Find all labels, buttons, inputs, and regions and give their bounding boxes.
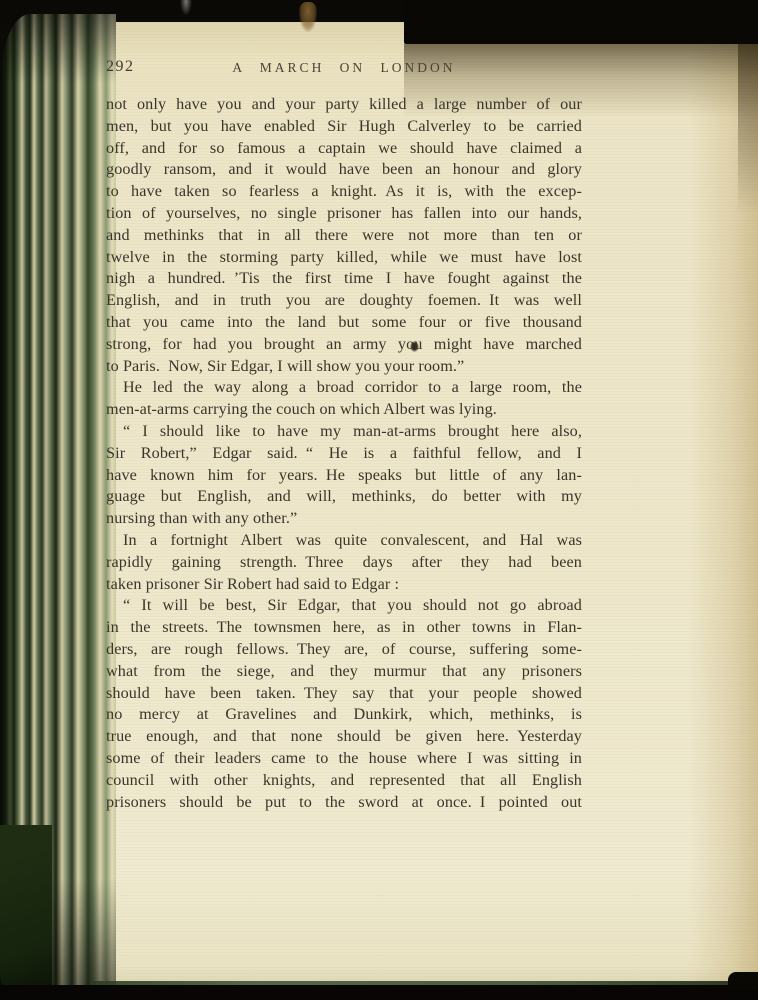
text-line: off, and for so famous a captain we shou… xyxy=(106,138,582,160)
text-line: no mercy at Gravelines and Dunkirk, whic… xyxy=(106,704,582,726)
text-line: goodly ransom, and it would have been an… xyxy=(106,159,582,181)
text-line: tion of yourselves, no single prisoner h… xyxy=(106,203,582,225)
scan-bottom-black-band xyxy=(0,985,758,1000)
text-line: not only have you and your party killed … xyxy=(106,94,582,116)
book-cover-corner xyxy=(0,825,52,1000)
text-line: men, but you have enabled Sir Hugh Calve… xyxy=(106,116,582,138)
text-line: taken prisoner Sir Robert had said to Ed… xyxy=(106,574,582,596)
film-scratch xyxy=(180,0,192,16)
text-line: In a fortnight Albert was quite convales… xyxy=(106,530,582,552)
text-line: should have been taken. They say that yo… xyxy=(106,683,582,705)
text-line: and methinks that in all there were not … xyxy=(106,225,582,247)
text-line: that you came into the land but some fou… xyxy=(106,312,582,334)
scan-bottom-right-notch xyxy=(728,972,758,990)
text-line: some of their leaders came to the house … xyxy=(106,748,582,770)
page-header: 292 A MARCH ON LONDON xyxy=(106,56,582,80)
text-line: “ It will be best, Sir Edgar, that you s… xyxy=(106,595,582,617)
book-scan: 292 A MARCH ON LONDON not only have you … xyxy=(0,0,758,1000)
text-line: nigh a hundred. ’Tis the first time I ha… xyxy=(106,268,582,290)
paragraph: He led the way along a broad corridor to… xyxy=(106,377,582,421)
text-line: have known him for years. He speaks but … xyxy=(106,465,582,487)
text-line: to Paris. Now, Sir Edgar, I will show yo… xyxy=(106,356,582,378)
paragraph: In a fortnight Albert was quite convales… xyxy=(106,530,582,595)
text-line: guage but English, and will, methinks, d… xyxy=(106,486,582,508)
text-line: Sir Robert,” Edgar said. “ He is a faith… xyxy=(106,443,582,465)
text-line: prisoners should be put to the sword at … xyxy=(106,792,582,814)
text-line: He led the way along a broad corridor to… xyxy=(106,377,582,399)
text-line: English, and in truth you are doughty fo… xyxy=(106,290,582,312)
text-line: council with other knights, and represen… xyxy=(106,770,582,792)
text-line: true enough, and that none should be giv… xyxy=(106,726,582,748)
text-line: to have taken so fearless a knight. As i… xyxy=(106,181,582,203)
text-line: twelve in the storming party killed, whi… xyxy=(106,247,582,269)
paragraph: “ It will be best, Sir Edgar, that you s… xyxy=(106,595,582,813)
paragraph: “ I should like to have my man-at-arms b… xyxy=(106,421,582,530)
text-line: ders, are rough fellows. They are, of co… xyxy=(106,639,582,661)
text-line: men-at-arms carrying the couch on which … xyxy=(106,399,582,421)
text-line: in the streets. The townsmen here, as in… xyxy=(106,617,582,639)
text-line: “ I should like to have my man-at-arms b… xyxy=(106,421,582,443)
page-right-shadow xyxy=(738,44,758,214)
page-text: not only have you and your party killed … xyxy=(106,94,582,813)
scan-top-right-wedge xyxy=(404,0,758,44)
paragraph: not only have you and your party killed … xyxy=(106,94,582,377)
text-line: nursing than with any other.” xyxy=(106,508,582,530)
text-line: rapidly gaining strength. Three days aft… xyxy=(106,552,582,574)
text-line: what from the siege, and they murmur tha… xyxy=(106,661,582,683)
running-title: A MARCH ON LONDON xyxy=(106,60,582,76)
text-line: strong, for had you brought an army you … xyxy=(106,334,582,356)
